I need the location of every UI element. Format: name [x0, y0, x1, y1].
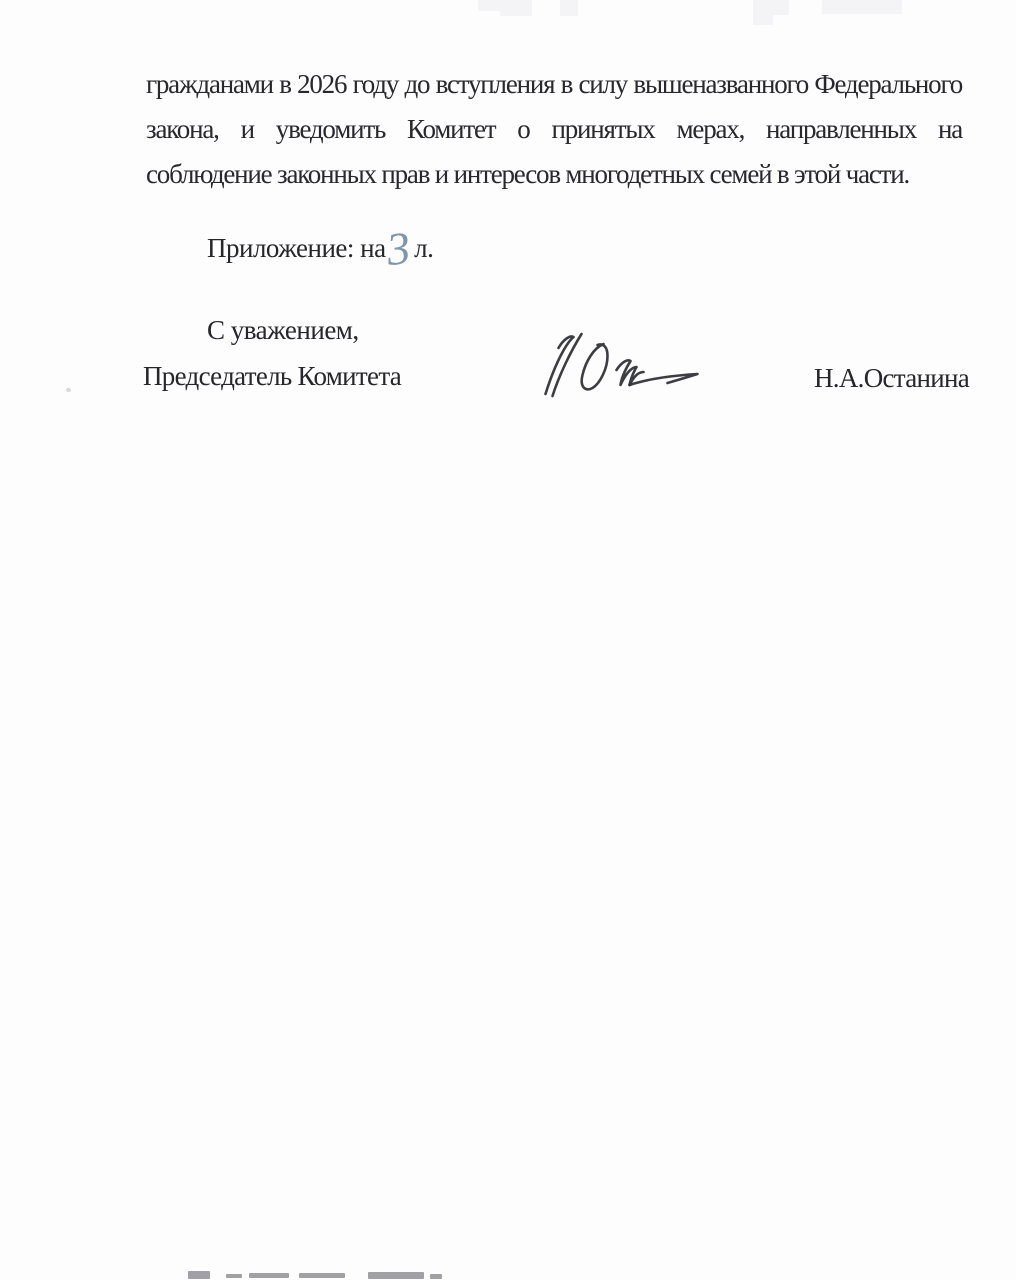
scan-speck: [66, 388, 71, 392]
letter-body-paragraph: гражданами в 2026 году до вступления в с…: [146, 62, 962, 197]
scan-artifact-top: [753, 15, 773, 25]
scan-artifact-bottom: [299, 1273, 345, 1278]
attachment-line: Приложение: на3л.: [207, 228, 433, 268]
scan-artifact-top: [500, 0, 532, 16]
signer-name: Н.А.Останина: [814, 363, 969, 394]
scan-artifact-top: [560, 0, 578, 16]
paragraph-line: гражданами в 2026 году до вступления в с…: [146, 62, 962, 107]
signer-title: Председатель Комитета: [143, 361, 401, 392]
paragraph-line: соблюдение законных прав и интересов мно…: [146, 152, 962, 197]
closing-salutation: С уважением,: [207, 315, 359, 346]
attachment-prefix: Приложение: на: [207, 233, 386, 263]
handwritten-signature-icon: [518, 330, 706, 408]
scanned-letter-page: гражданами в 2026 году до вступления в с…: [0, 0, 1016, 1280]
scan-artifact-bottom: [368, 1272, 424, 1279]
attachment-suffix: л.: [414, 233, 433, 263]
scan-artifact-top: [822, 0, 902, 14]
paragraph-line: закона, и уведомить Комитет о принятых м…: [146, 107, 962, 152]
scan-artifact-bottom: [249, 1273, 289, 1278]
scan-artifact-top: [753, 0, 789, 15]
handwritten-sheet-count: 3: [386, 238, 410, 260]
scan-artifact-bottom: [430, 1274, 442, 1279]
scan-artifact-bottom: [188, 1271, 210, 1279]
scan-artifact-bottom: [226, 1274, 242, 1278]
